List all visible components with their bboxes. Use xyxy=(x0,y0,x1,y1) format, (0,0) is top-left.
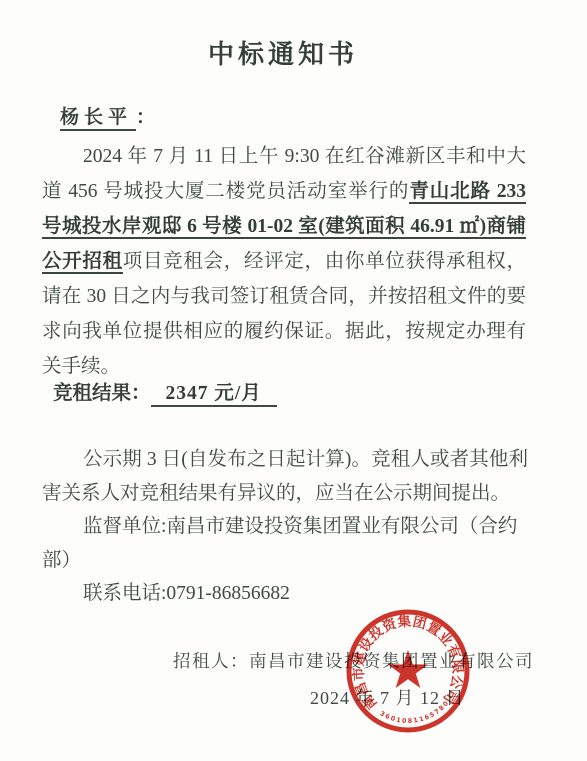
company-seal: 南昌市建设投资集团置业有限公司 3601081165780 xyxy=(343,606,473,736)
bid-result-value: 2347 元/月 xyxy=(151,383,277,407)
scanned-document-page: 中标通知书 杨长平： 2024 年 7 月 11 日上午 9:30 在红谷滩新区… xyxy=(0,0,587,761)
bid-result-line: 竞租结果：2347 元/月 xyxy=(53,377,277,405)
addressee-colon: ： xyxy=(136,107,160,128)
public-notice-paragraph: 公示期 3 日(自发布之日起计算)。竞租人或者其他利害关系人对竞租结果有异议的，… xyxy=(42,443,528,510)
addressee-line: 杨长平： xyxy=(60,102,160,129)
body-paragraph-main: 2024 年 7 月 11 日上午 9:30 在红谷滩新区丰和中大道 456 号… xyxy=(42,139,526,384)
issuer-label: 招租人： xyxy=(173,651,249,671)
notice-block: 公示期 3 日(自发布之日起计算)。竞租人或者其他利害关系人对竞租结果有异议的，… xyxy=(42,443,528,611)
supervisor-line: 监督单位:南昌市建设投资集团置业有限公司（合约部） xyxy=(42,510,528,577)
bid-result-label: 竞租结果： xyxy=(53,383,151,404)
document-title: 中标通知书 xyxy=(42,34,524,71)
seal-star-icon xyxy=(388,650,428,688)
addressee-name: 杨长平 xyxy=(60,107,136,131)
